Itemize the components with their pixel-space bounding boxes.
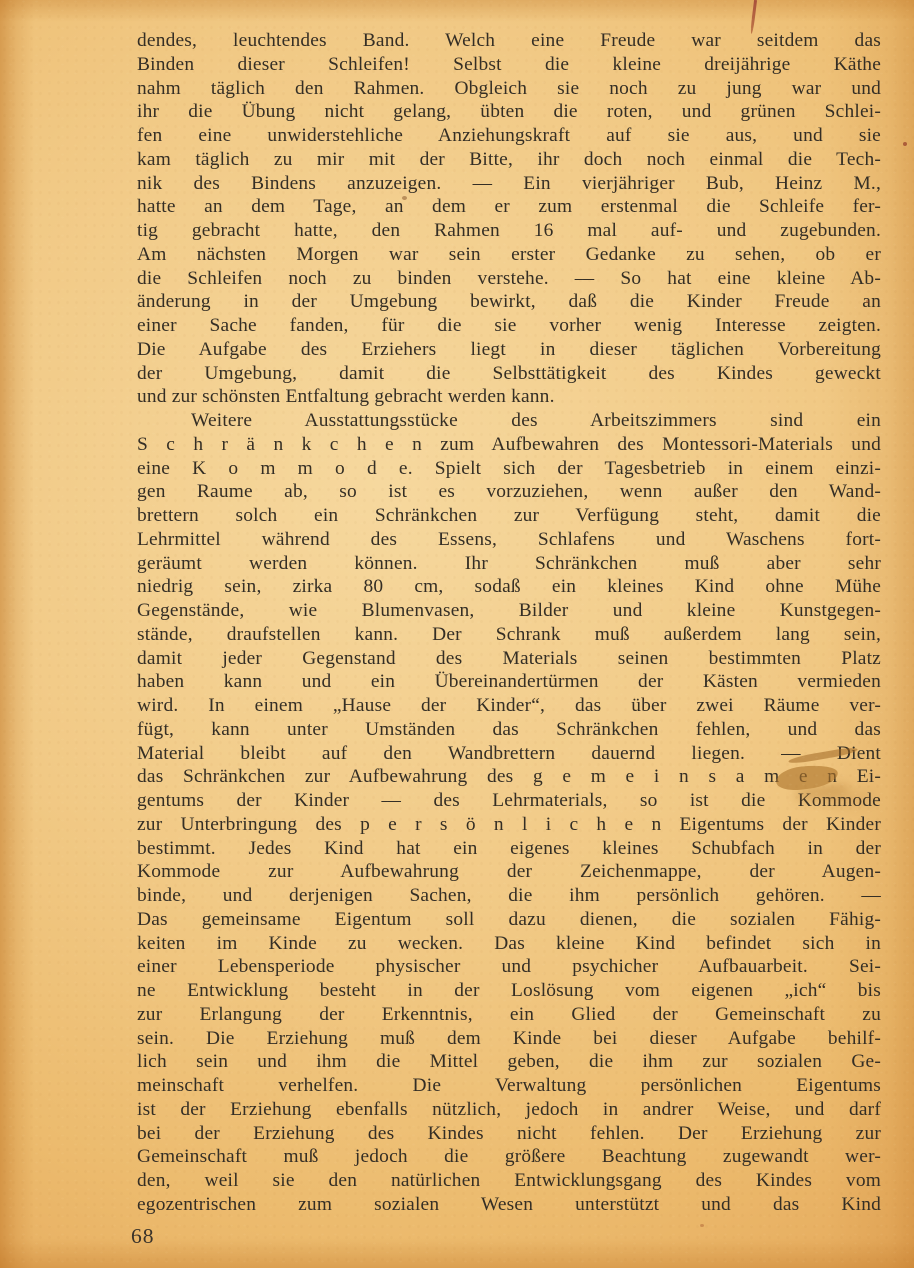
text-line: fügt, kann unter Umständen das Schränkch… (137, 718, 881, 742)
text-line: Lehrmittel während des Essens, Schlafens… (137, 528, 881, 552)
text-line: nik des Bindens anzuzeigen. — Ein vierjä… (137, 172, 881, 196)
text-line: dendes, leuchtendes Band. Welch eine Fre… (137, 29, 881, 53)
text-line: Gegenstände, wie Blumenvasen, Bilder und… (137, 599, 881, 623)
text-line: gen Raume ab, so ist es vorzuziehen, wen… (137, 480, 881, 504)
text-line: Weitere Ausstattungsstücke des Arbeitszi… (137, 409, 881, 433)
text-line: den, weil sie den natürlichen Entwicklun… (137, 1169, 881, 1193)
paper-speck (903, 142, 907, 146)
text-line: Binden dieser Schleifen! Selbst die klei… (137, 53, 881, 77)
text-line: die Schleifen noch zu binden verstehe. —… (137, 267, 881, 291)
text-line: wird. In einem „Hause der Kinder“, das ü… (137, 694, 881, 718)
text-line: Die Aufgabe des Erziehers liegt in diese… (137, 338, 881, 362)
text-line: änderung in der Umgebung bewirkt, daß di… (137, 290, 881, 314)
text-line: damit jeder Gegenstand des Materials sei… (137, 647, 881, 671)
text-line: einer Lebensperiode physischer und psych… (137, 955, 881, 979)
text-line: kam täglich zu mir mit der Bitte, ihr do… (137, 148, 881, 172)
text-line: bestimmt. Jedes Kind hat ein eigenes kle… (137, 837, 881, 861)
book-page: dendes, leuchtendes Band. Welch eine Fre… (0, 0, 914, 1268)
text-line: gentums der Kinder — des Lehrmaterials, … (137, 789, 881, 813)
text-line: egozentrischen zum sozialen Wesen unters… (137, 1193, 881, 1217)
text-line: ihr die Übung nicht gelang, übten die ro… (137, 100, 881, 124)
text-line: S c h r ä n k c h e n zum Aufbewahren de… (137, 433, 881, 457)
text-line: tig gebracht hatte, den Rahmen 16 mal au… (137, 219, 881, 243)
text-line: zur Unterbringung des p e r s ö n l i c … (137, 813, 881, 837)
body-text: dendes, leuchtendes Band. Welch eine Fre… (137, 29, 881, 1217)
text-line: das Schränkchen zur Aufbewahrung des g e… (137, 765, 881, 789)
text-line: binde, und derjenigen Sachen, die ihm pe… (137, 884, 881, 908)
text-line: meinschaft verhelfen. Die Verwaltung per… (137, 1074, 881, 1098)
text-line: haben kann und ein Übereinandertürmen de… (137, 670, 881, 694)
text-line: ne Entwicklung besteht in der Loslösung … (137, 979, 881, 1003)
text-line: Gemeinschaft muß jedoch die größere Beac… (137, 1145, 881, 1169)
text-line: lich sein und ihm die Mittel geben, die … (137, 1050, 881, 1074)
text-line: ist der Erziehung ebenfalls nützlich, je… (137, 1098, 881, 1122)
text-line: der Umgebung, damit die Selbsttätigkeit … (137, 362, 881, 386)
text-line: bei der Erziehung des Kindes nicht fehle… (137, 1122, 881, 1146)
text-line: keiten im Kinde zu wecken. Das kleine Ki… (137, 932, 881, 956)
paper-speck (700, 1224, 704, 1227)
page-number: 68 (131, 1224, 155, 1249)
text-line: und zur schönsten Entfaltung gebracht we… (137, 385, 881, 409)
text-line: Kommode zur Aufbewahrung der Zeichenmapp… (137, 860, 881, 884)
text-line: einer Sache fanden, für die sie vorher w… (137, 314, 881, 338)
text-line: Das gemeinsame Eigentum soll dazu dienen… (137, 908, 881, 932)
text-line: zur Erlangung der Erkenntnis, ein Glied … (137, 1003, 881, 1027)
text-line: nahm täglich den Rahmen. Obgleich sie no… (137, 77, 881, 101)
text-line: stände, draufstellen kann. Der Schrank m… (137, 623, 881, 647)
text-line: eine K o m m o d e. Spielt sich der Tage… (137, 457, 881, 481)
text-line: hatte an dem Tage, an dem er zum erstenm… (137, 195, 881, 219)
text-line: niedrig sein, zirka 80 cm, sodaß ein kle… (137, 575, 881, 599)
text-line: brettern solch ein Schränkchen zur Verfü… (137, 504, 881, 528)
text-line: Am nächsten Morgen war sein erster Gedan… (137, 243, 881, 267)
text-line: sein. Die Erziehung muß dem Kinde bei di… (137, 1027, 881, 1051)
text-line: Material bleibt auf den Wandbrettern dau… (137, 742, 881, 766)
text-line: geräumt werden können. Ihr Schränkchen m… (137, 552, 881, 576)
text-line: fen eine unwiderstehliche Anziehungskraf… (137, 124, 881, 148)
